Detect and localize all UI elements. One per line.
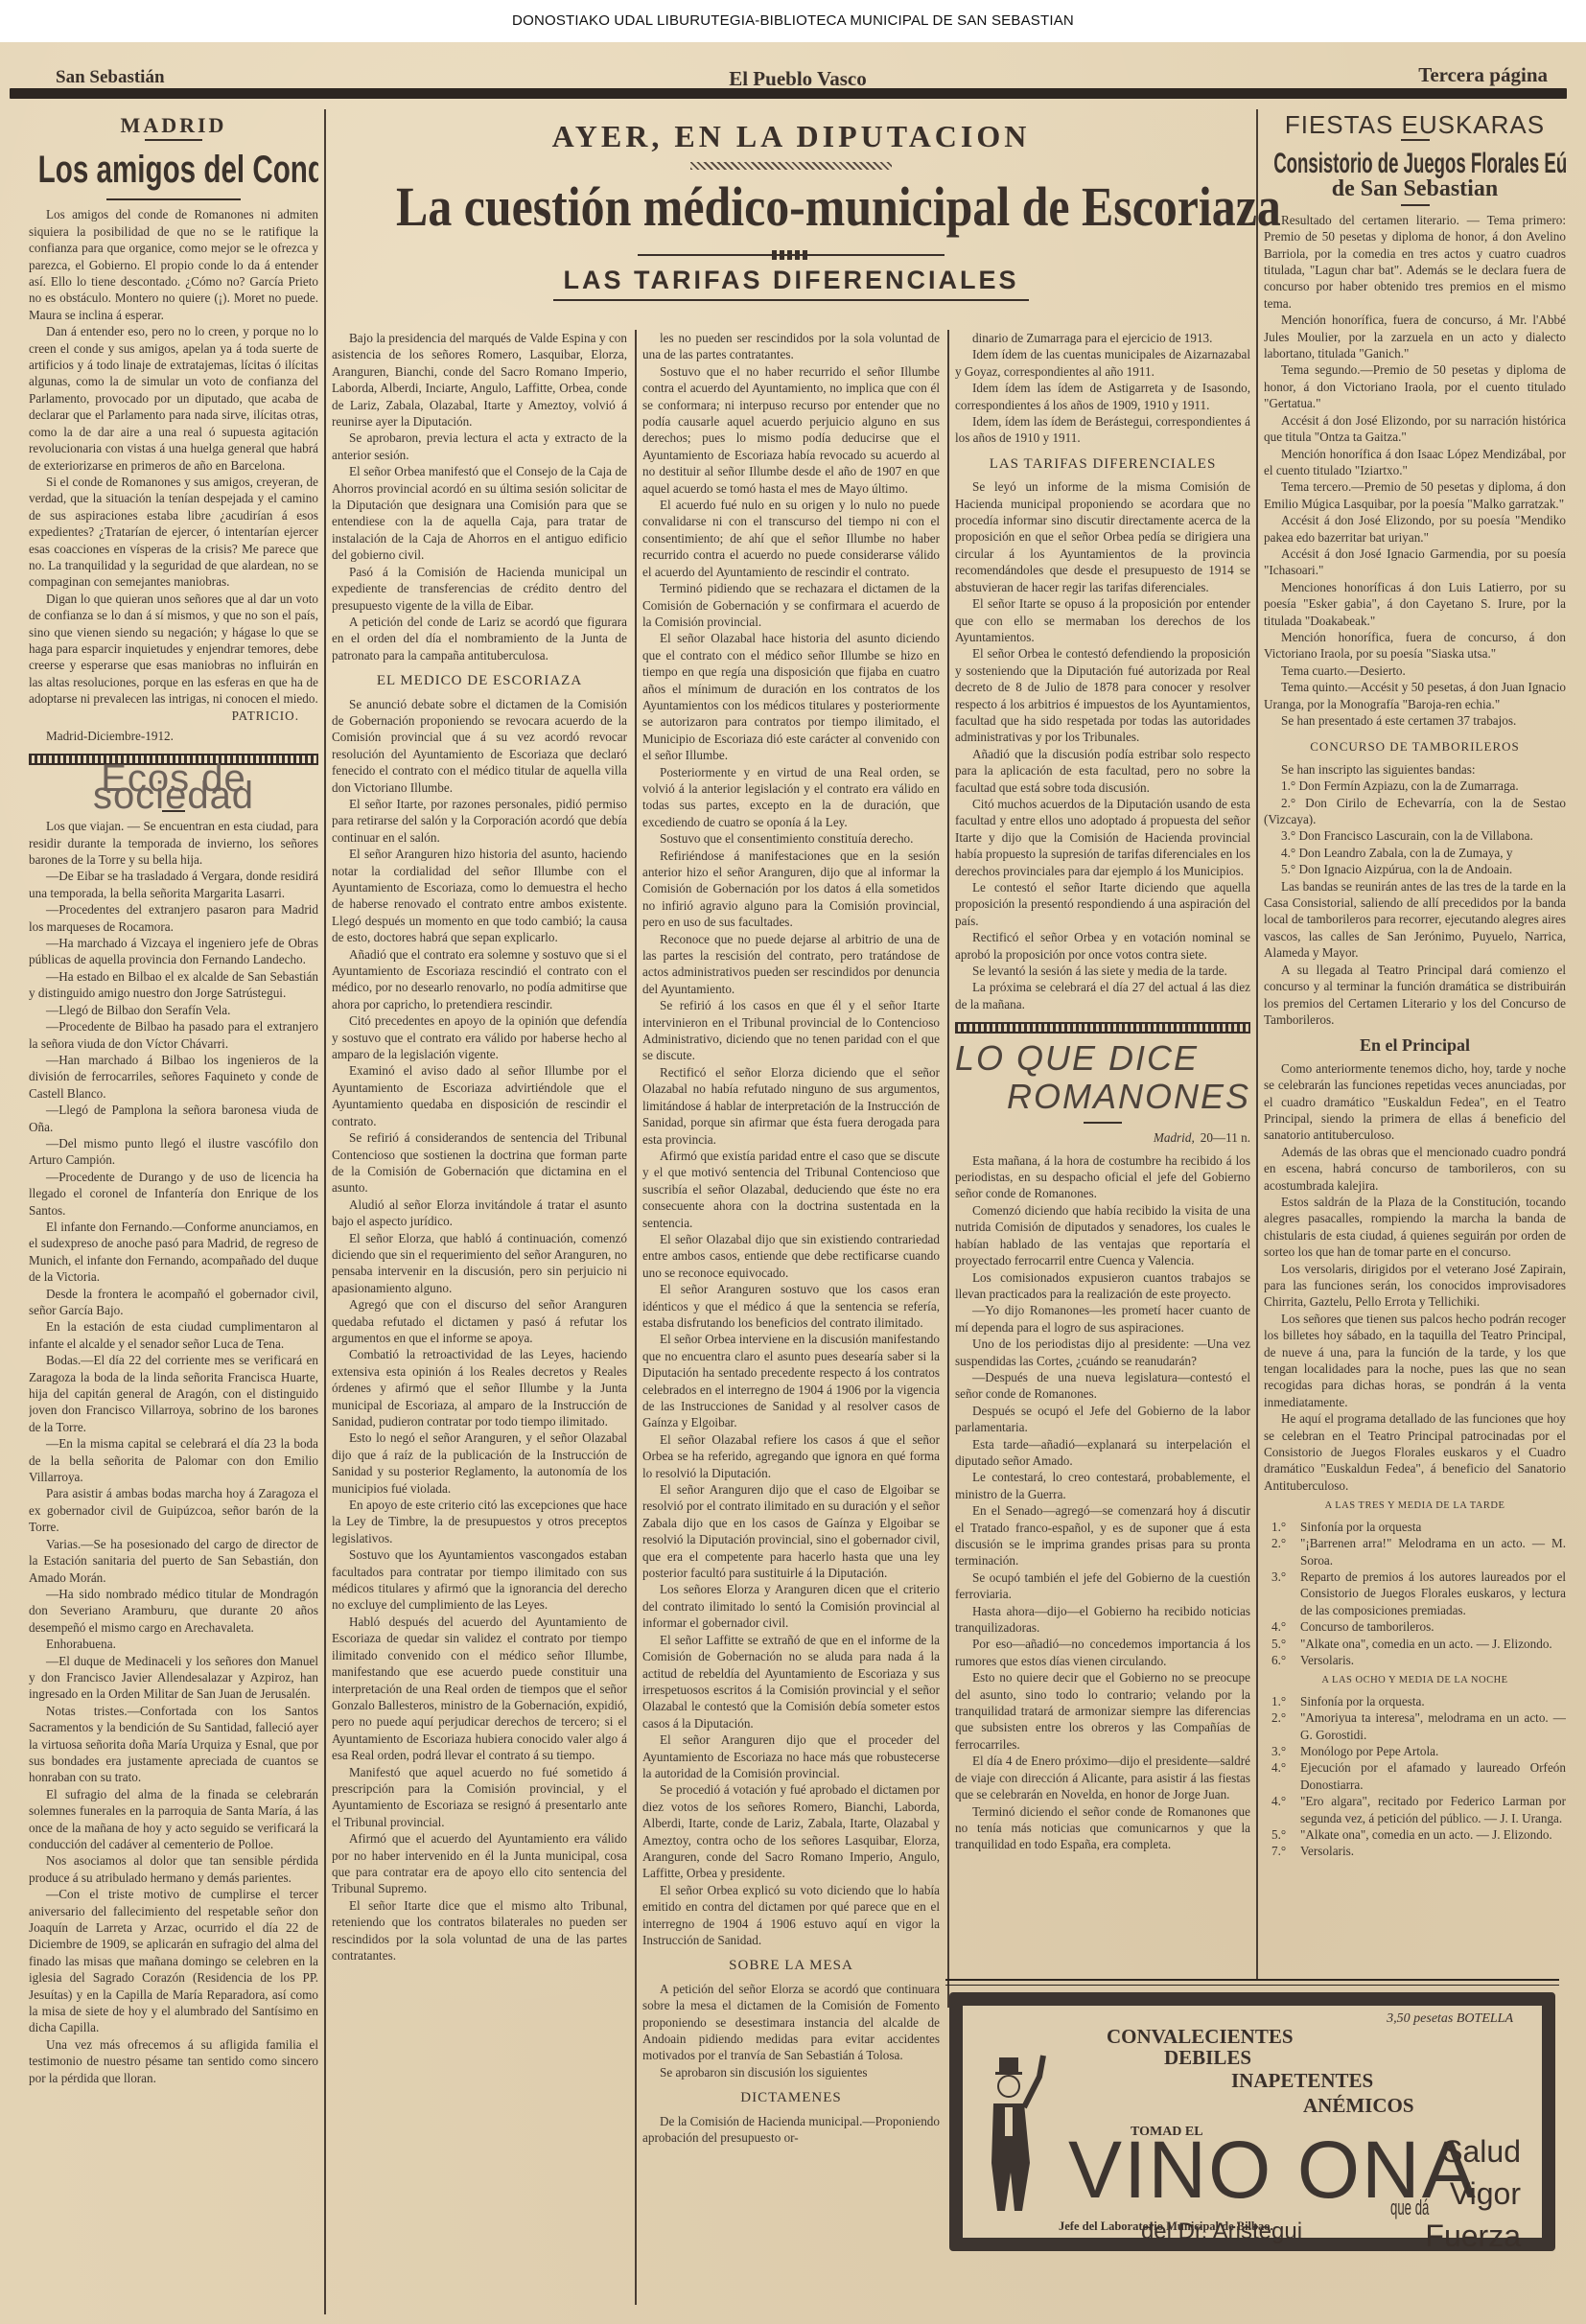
headline-line-1: LO QUE DICE (955, 1038, 1199, 1078)
paragraph: Los comisionados expusieron cuantos trab… (955, 1269, 1250, 1303)
paragraph: Los versolaris, dirigidos por el veteran… (1264, 1261, 1566, 1311)
program-item-text: "¡Barrenen arra!" Melodrama en un acto. … (1300, 1535, 1566, 1569)
paragraph: Estos saldrán de la Plaza de la Constitu… (1264, 1194, 1566, 1261)
article-body: Resultado del certamen literario. — Tema… (1264, 212, 1566, 730)
program-item: 5.°"Alkate ona", comedia en un acto. — J… (1271, 1636, 1566, 1652)
paragraph: Examinó el aviso dado al señor Illumbe p… (332, 1062, 627, 1129)
paragraph: Habló después del acuerdo del Ayuntamien… (332, 1614, 627, 1764)
article-headline: Consistorio de Juegos Florales Eúskaros (1273, 147, 1556, 181)
paragraph: Enhorabuena. (29, 1636, 318, 1652)
subsection-heading: EL MEDICO DE ESCORIAZA (332, 673, 627, 689)
paragraph: Se levantó la sesión á las siete y media… (955, 963, 1250, 979)
section-en-el-principal: En el Principal Como anteriormente tenem… (1264, 1037, 1566, 1860)
program-item: 4.°Concurso de tamborileros. (1271, 1618, 1566, 1635)
paragraph: Rectificó el señor Orbea y en votación n… (955, 929, 1250, 963)
paragraph: A su llegada al Teatro Principal dará co… (1264, 962, 1566, 1029)
program-item-number: 4.° (1271, 1759, 1300, 1793)
divider (145, 139, 202, 141)
paragraph: —El duque de Medinaceli y los señores do… (29, 1653, 318, 1703)
gentleman-illustration-icon (976, 2048, 1053, 2230)
program-item-number: 2.° (1271, 1709, 1300, 1743)
program-item-number: 2.° (1271, 1535, 1300, 1569)
paragraph: El señor Itarte se opuso á la proposició… (955, 595, 1250, 645)
paragraph: Tema segundo.—Premio de 50 pesetas y dip… (1264, 361, 1566, 411)
article-subheadline: de San Sebastian (1264, 181, 1566, 198)
paragraph: A petición del conde de Lariz se acordó … (332, 614, 627, 663)
program-item-text: Monólogo por Pepe Artola. (1300, 1743, 1438, 1759)
article-madrid: MADRID Los amigos del Conde Los amigos d… (29, 117, 318, 744)
program-item: 3.°Reparto de premios á los autores laur… (1271, 1569, 1566, 1618)
paragraph: Se refirió á los casos en que él y el se… (642, 997, 940, 1064)
ornamental-divider (690, 162, 892, 170)
paragraph: En la estación de esta ciudad cumpliment… (29, 1318, 318, 1352)
paragraph: —Ha estado en Bilbao el ex alcalde de Sa… (29, 968, 318, 1002)
program-item: 1.°Sinfonía por la orquesta. (1271, 1693, 1566, 1709)
section-title: En el Principal (1264, 1037, 1566, 1054)
paragraph: Se aprobaron sin discusión los siguiente… (642, 2064, 940, 2080)
paragraph: El día 4 de Enero próximo—dijo el presid… (955, 1753, 1250, 1802)
ad-price: 3,50 pesetas BOTELLA (1387, 2011, 1513, 2027)
paragraph: —Han marchado á Bilbao los ingenieros de… (29, 1052, 318, 1102)
paragraph: Se refirió á considerandos de sentencia … (332, 1129, 627, 1197)
paragraph: Resultado del certamen literario. — Tema… (1264, 212, 1566, 312)
program-item-number: 3.° (1271, 1743, 1300, 1759)
program-item: 5.°"Alkate ona", comedia en un acto. — J… (1271, 1826, 1566, 1843)
paragraph: Pasó á la Comisión de Hacienda municipal… (332, 564, 627, 614)
ad-benefit: Salud (1425, 2130, 1521, 2173)
section-title: Ecos de sociedad (29, 771, 318, 804)
paragraph: —Procedente de Durango y de uso de licen… (29, 1169, 318, 1219)
paragraph: Los señores que tienen sus palcos hecho … (1264, 1311, 1566, 1410)
ad-benefit: Vigor (1425, 2173, 1521, 2215)
paragraph: Sostuvo que el no haber recurrido el señ… (642, 363, 940, 497)
section-body: Como anteriormente tenemos dicho, hoy, t… (1264, 1060, 1566, 1495)
ad-benefits: Salud Vigor Fuerza (1425, 2130, 1521, 2257)
column-madrid-ecos: MADRID Los amigos del Conde Los amigos d… (29, 109, 318, 2314)
paragraph: Varias.—Se ha posesionado del cargo de d… (29, 1536, 318, 1586)
article-dateline: Madrid-Diciembre-1912. (29, 728, 318, 744)
section-ecos-de-sociedad: Ecos de sociedad Los que viajan. — Se en… (29, 771, 318, 2086)
article-body: dinario de Zumarraga para el ejercicio d… (955, 330, 1250, 447)
archive-banner: DONOSTIAKO UDAL LIBURUTEGIA-BIBLIOTECA M… (0, 0, 1586, 42)
program-item-text: Sinfonía por la orquesta. (1300, 1693, 1425, 1709)
article-fiestas-euskaras: FIESTAS EUSKARAS Consistorio de Juegos F… (1264, 117, 1566, 1028)
paragraph: Tema tercero.—Premio de 50 pesetas y dip… (1264, 478, 1566, 512)
program-heading-noche: A LAS OCHO Y MEDIA DE LA NOCHE (1264, 1672, 1566, 1688)
paragraph: En apoyo de este criterio citó las excep… (332, 1497, 627, 1546)
subsection-heading: CONCURSO DE TAMBORILEROS (1264, 738, 1566, 755)
paragraph: Uno de los periodistas dijo al president… (955, 1336, 1250, 1369)
divider (1401, 139, 1430, 141)
paragraph: Idem ídem de las cuentas municipales de … (955, 346, 1250, 380)
paragraph: Se procedió á votación y fué aprobado el… (642, 1781, 940, 1881)
program-item-text: "Alkate ona", comedia en un acto. — J. E… (1300, 1826, 1552, 1843)
paragraph: Esta tarde—añadió—explanará su interpela… (955, 1436, 1250, 1470)
program-item-number: 5.° (1271, 1826, 1300, 1843)
dateline-time: 20—11 n. (1201, 1130, 1250, 1145)
paragraph: Reconoce que no puede dejarse al arbitri… (642, 931, 940, 998)
paragraph: El señor Aranguren sostuvo que los casos… (642, 1281, 940, 1331)
paragraph: —Después de una nueva legislatura—contes… (955, 1369, 1250, 1403)
program-item-text: Concurso de tamborileros. (1300, 1618, 1434, 1635)
program-item: 1.°Sinfonía por la orquesta (1271, 1519, 1566, 1535)
article-signature: PATRICIO. (29, 708, 318, 724)
paragraph: Tema cuarto.—Desierto. (1264, 662, 1566, 679)
paragraph: El acuerdo fué nulo en su origen y lo nu… (642, 497, 940, 580)
paragraph: De la Comisión de Hacienda municipal.—Pr… (642, 2113, 940, 2147)
paragraph: Por eso—añadió—no concedemos importancia… (955, 1636, 1250, 1669)
masthead-rule (10, 88, 1567, 99)
subsection-heading: LAS TARIFAS DIFERENCIALES (955, 456, 1250, 473)
article-body: A petición del señor Elorza se acordó qu… (642, 1981, 940, 2080)
program-item: 3.°Monólogo por Pepe Artola. (1271, 1743, 1566, 1759)
paragraph: Le contestó el señor Itarte diciendo que… (955, 879, 1250, 929)
paragraph: Mención honorífica, fuera de concurso, á… (1264, 629, 1566, 662)
paragraph: El señor Aranguren dijo que el caso de E… (642, 1481, 940, 1581)
paragraph: El señor Orbea explicó su voto diciendo … (642, 1882, 940, 1949)
paragraph: El señor Elorza, que habló á continuació… (332, 1230, 627, 1297)
paragraph: Los que viajan. — Se encuentran en esta … (29, 818, 318, 868)
program-item: 2.°"Amoriyua ta interesa", melodrama en … (1271, 1709, 1566, 1743)
paragraph: Sostuvo que los Ayuntamientos vascongado… (332, 1546, 627, 1614)
program-item-text: "Ero algara", recitado por Federico Larm… (1300, 1793, 1566, 1826)
paragraph: Citó muchos acuerdos de la Diputación us… (955, 796, 1250, 879)
headline-overline: AYER, EN LA DIPUTACION (332, 119, 1250, 154)
paragraph: Comenzó diciendo que había recibido la v… (955, 1202, 1250, 1269)
paragraph: Tema quinto.—Accésit y 50 pesetas, á don… (1264, 679, 1566, 712)
program-item-number: 7.° (1271, 1843, 1300, 1859)
paragraph: Terminó pidiendo que se rechazara el dic… (642, 580, 940, 630)
paragraph: Se aprobaron, previa lectura el acta y e… (332, 430, 627, 463)
paragraph: El señor Laffitte se extrañó de que en e… (642, 1632, 940, 1731)
paragraph: El infante don Fernando.—Conforme anunci… (29, 1219, 318, 1286)
paragraph: Rectificó el señor Elorza diciendo que e… (642, 1064, 940, 1148)
paragraph: —Procedentes del extranjero pasaron para… (29, 901, 318, 935)
paragraph: 1.° Don Fermín Azpiazu, con la de Zumarr… (1264, 778, 1566, 794)
list-intro: Se han inscripto las siguientes bandas: (1264, 761, 1566, 778)
paragraph: Nos asociamos al dolor que tan sensible … (29, 1852, 318, 1886)
subsection-heading: DICTAMENES (642, 2090, 940, 2106)
paragraph: Idem ídem las ídem de Astigarreta y de I… (955, 380, 1250, 413)
divider (106, 198, 241, 200)
ad-target-line: ANÉMICOS (1303, 2094, 1414, 2118)
ad-target-line: INAPETENTES (1231, 2069, 1373, 2093)
column-divider (635, 330, 637, 2305)
paragraph: Accésit á don José Ignacio Garmendia, po… (1264, 546, 1566, 579)
paragraph: Bodas.—El día 22 del corriente mes se ve… (29, 1352, 318, 1435)
paragraph: Se han presentado á este certamen 37 tra… (1264, 712, 1566, 729)
paragraph: Afirmó que existía paridad entre el caso… (642, 1148, 940, 1231)
ad-benefit: Fuerza (1425, 2215, 1521, 2257)
paragraph: El señor Orbea le contestó defendiendo l… (955, 645, 1250, 745)
paragraph: El señor Olazabal hace historia del asun… (642, 630, 940, 763)
paragraph: Mención honorífica, fuera de concurso, á… (1264, 312, 1566, 361)
paragraph: —Llegó de Bilbao don Serafín Vela. (29, 1002, 318, 1018)
paragraph: Los señores Elorza y Aranguren dicen que… (642, 1581, 940, 1631)
program-item-number: 4.° (1271, 1793, 1300, 1826)
column-diputacion-1: Bajo la presidencia del marqués de Valde… (332, 330, 627, 2314)
ad-que-da: que dá (1390, 2196, 1429, 2220)
program-item-number: 6.° (1271, 1652, 1300, 1668)
program-list-tarde: 1.°Sinfonía por la orquesta2.°"¡Barrenen… (1264, 1519, 1566, 1669)
paragraph: A petición del señor Elorza se acordó qu… (642, 1981, 940, 2064)
divider (1401, 204, 1430, 206)
divider (1084, 1122, 1122, 1124)
paragraph: Agregó que con el discurso del señor Ara… (332, 1296, 627, 1346)
column-fiestas-euskaras: FIESTAS EUSKARAS Consistorio de Juegos F… (1264, 109, 1566, 1979)
paragraph: Las bandas se reunirán antes de las tres… (1264, 878, 1566, 962)
paragraph: Combatió la retroactividad de las Leyes,… (332, 1346, 627, 1429)
paragraph: —Del mismo punto llegó el ilustre vascóf… (29, 1135, 318, 1169)
dateline-place: Madrid, (1154, 1130, 1195, 1145)
paragraph: Una vez más ofrecemos á su afligida fami… (29, 2036, 318, 2086)
article-dateline: Madrid,20—11 n. (955, 1129, 1250, 1146)
paragraph: Accésit á don José Elizondo, por su poes… (1264, 512, 1566, 546)
article-body: De la Comisión de Hacienda municipal.—Pr… (642, 2113, 940, 2147)
paragraph: —Ha marchado á Vizcaya el ingeniero jefe… (29, 935, 318, 968)
program-item-text: "Alkate ona", comedia en un acto. — J. E… (1300, 1636, 1552, 1652)
article-body: Bajo la presidencia del marqués de Valde… (332, 330, 627, 663)
paragraph: Hasta ahora—dijo—el Gobierno ha recibido… (955, 1603, 1250, 1637)
paragraph: Terminó diciendo el señor conde de Roman… (955, 1803, 1250, 1853)
masthead: San Sebastián El Pueblo Vasco Tercera pá… (48, 52, 1548, 86)
paragraph: El sufragio del alma de la finada se cel… (29, 1786, 318, 1853)
paragraph: —Con el triste motivo de cumplirse el te… (29, 1886, 318, 2036)
article-body: Esta mañana, á la hora de costumbre ha r… (955, 1152, 1250, 1853)
paragraph: Le contestará, lo creo contestará, proba… (955, 1469, 1250, 1502)
paragraph: Después se ocupó el Jefe del Gobierno de… (955, 1403, 1250, 1436)
section-body: Los que viajan. — Se encuentran en esta … (29, 818, 318, 2086)
article-kicker: FIESTAS EUSKARAS (1264, 117, 1566, 133)
paragraph: Para asistir á ambas bodas marcha hoy á … (29, 1485, 318, 1535)
ad-target-line: DEBILES (1164, 2046, 1251, 2070)
paragraph: —De Eibar se ha trasladado á Vergara, do… (29, 868, 318, 901)
paragraph: Como anteriormente tenemos dicho, hoy, t… (1264, 1060, 1566, 1144)
article-body: les no pueden ser rescindidos por la sol… (642, 330, 940, 1948)
paragraph: Mención honorífica á don Isaac López Men… (1264, 446, 1566, 479)
paragraph: El señor Olazabal refiere los casos á qu… (642, 1431, 940, 1481)
paragraph: Refiriéndose á manifestaciones que en la… (642, 848, 940, 931)
program-item-number: 4.° (1271, 1618, 1300, 1635)
subsection-heading: SOBRE LA MESA (642, 1958, 940, 1974)
article-headline: LO QUE DICE ROMANONES (955, 1039, 1250, 1116)
ad-maker-title: Jefe del Laboratorio Municipal de Bilbao… (1059, 2219, 1273, 2234)
paragraph: Se leyó un informe de la misma Comisión … (955, 478, 1250, 595)
paragraph: Aludió al señor Elorza invitándole á tra… (332, 1197, 627, 1230)
column-diputacion-3-romanones: dinario de Zumarraga para el ejercicio d… (955, 330, 1250, 2008)
paragraph: Esto lo negó el señor Aranguren, y el se… (332, 1429, 627, 1497)
paragraph: Esta mañana, á la hora de costumbre ha r… (955, 1152, 1250, 1202)
program-item-text: Ejecución por el afamado y laureado Orfe… (1300, 1759, 1566, 1793)
article-body: Se anunció debate sobre el dictamen de l… (332, 696, 627, 1964)
paragraph: —Yo dijo Romanones—les prometí hacer cua… (955, 1302, 1250, 1336)
program-item-text: Sinfonía por la orquesta (1300, 1519, 1421, 1535)
paragraph: —Ha sido nombrado médico titular de Mond… (29, 1586, 318, 1636)
program-item-number: 1.° (1271, 1519, 1300, 1535)
ornamental-divider (638, 254, 945, 256)
advertisement-vino-ona: 3,50 pesetas BOTELLA CONVALECIENTES DEBI… (949, 1992, 1555, 2251)
column-divider (1256, 109, 1258, 1979)
paragraph: Afirmó que el acuerdo del Ayuntamiento e… (332, 1830, 627, 1897)
diputacion-headline-block: AYER, EN LA DIPUTACION La cuestión médic… (332, 109, 1250, 330)
column-diputacion-2: les no pueden ser rescindidos por la sol… (642, 330, 940, 2314)
program-item-number: 3.° (1271, 1569, 1300, 1618)
program-item: 4.°"Ero algara", recitado por Federico L… (1271, 1793, 1566, 1826)
paragraph: —Procedente de Bilbao ha pasado para el … (29, 1018, 318, 1052)
paragraph: Citó precedentes en apoyo de la opinión … (332, 1012, 627, 1062)
paragraph: —En la misma capital se celebrará el día… (29, 1435, 318, 1485)
article-headline: Los amigos del Conde (38, 147, 310, 193)
program-item: 6.°Versolaris. (1271, 1652, 1566, 1668)
paragraph: Esto no quiere decir que el Gobierno no … (955, 1669, 1250, 1753)
paragraph: dinario de Zumarraga para el ejercicio d… (955, 330, 1250, 346)
program-item-text: Versolaris. (1300, 1652, 1354, 1668)
paragraph: Añadió que el contrato era solemne y sos… (332, 946, 627, 1013)
program-item: 4.°Ejecución por el afamado y laureado O… (1271, 1759, 1566, 1793)
paragraph: Posteriormente y en virtud de una Real o… (642, 764, 940, 831)
paragraph: Se anunció debate sobre el dictamen de l… (332, 696, 627, 796)
program-item: 2.°"¡Barrenen arra!" Melodrama en un act… (1271, 1535, 1566, 1569)
program-heading-tarde: A LAS TRES Y MEDIA DE LA TARDE (1264, 1498, 1566, 1514)
paragraph: Notas tristes.—Confortada con los Santos… (29, 1703, 318, 1786)
program-list-noche: 1.°Sinfonía por la orquesta.2.°"Amoriyua… (1264, 1693, 1566, 1860)
ad-top-rule (945, 1979, 1559, 1986)
newspaper-page: San Sebastián El Pueblo Vasco Tercera pá… (0, 42, 1586, 2324)
paragraph: 3.° Don Francisco Lascurain, con la de V… (1264, 827, 1566, 844)
article-romanones: LO QUE DICE ROMANONES Madrid,20—11 n. Es… (955, 1039, 1250, 1852)
paragraph: El señor Orbea interviene en la discusió… (642, 1331, 940, 1430)
program-item: 7.°Versolaris. (1271, 1843, 1566, 1859)
program-item-text: "Amoriyua ta interesa", melodrama en un … (1300, 1709, 1566, 1743)
article-body: Los amigos del conde de Romanones ni adm… (29, 206, 318, 707)
program-item-number: 5.° (1271, 1636, 1300, 1652)
paragraph: El señor Itarte, por razones personales,… (332, 796, 627, 846)
paragraph: Desde la frontera le acompañó el goberna… (29, 1286, 318, 1319)
paragraph: 2.° Don Cirilo de Echevarría, con la de … (1264, 795, 1566, 828)
masthead-page-label: Tercera página (1418, 63, 1548, 87)
paragraph: Además de las obras que el mencionado cu… (1264, 1144, 1566, 1194)
article-body: Se leyó un informe de la misma Comisión … (955, 478, 1250, 1012)
headline-main: La cuestión médico-municipal de Escoriaz… (396, 177, 1186, 237)
article-body: Las bandas se reunirán antes de las tres… (1264, 878, 1566, 1029)
paragraph: Se ocupó también el jefe del Gobierno de… (955, 1569, 1250, 1603)
paragraph: Bajo la presidencia del marqués de Valde… (332, 330, 627, 430)
paragraph: Idem, ídem las ídem de Berástegui, corre… (955, 413, 1250, 447)
paragraph: He aquí el programa detallado de las fun… (1264, 1410, 1566, 1494)
paragraph: El señor Itarte dice que el mismo alto T… (332, 1897, 627, 1964)
paragraph: Sostuvo que el consentimiento constituía… (642, 830, 940, 847)
headline-line-2: ROMANONES (955, 1078, 1250, 1116)
headline-subhead: LAS TARIFAS DIFERENCIALES (553, 266, 1028, 301)
paragraph: Si el conde de Romanones y sus amigos, c… (29, 474, 318, 591)
paragraph: El señor Aranguren dijo que el proceder … (642, 1731, 940, 1781)
paragraph: Los amigos del conde de Romanones ni adm… (29, 206, 318, 323)
paragraph: El señor Olazabal dijo que sin existiend… (642, 1231, 940, 1281)
paragraph: 5.° Don Ignacio Aizpúrua, con la de Ando… (1264, 861, 1566, 877)
paragraph: Manifestó que aquel acuerdo no fué somet… (332, 1764, 627, 1831)
paragraph: 4.° Don Leandro Zabala, con la de Zumaya… (1264, 845, 1566, 861)
program-item-text: Versolaris. (1300, 1843, 1354, 1859)
paragraph: Dan á entender eso, pero no lo creen, y … (29, 323, 318, 474)
paragraph: Añadió que la discusión podía estribar s… (955, 746, 1250, 796)
column-divider (324, 109, 326, 2314)
bandas-list: 1.° Don Fermín Azpiazu, con la de Zumarr… (1264, 778, 1566, 877)
paragraph: —Llegó de Pamplona la señora baronesa vi… (29, 1102, 318, 1135)
paragraph: Digan lo que quieran unos señores que al… (29, 591, 318, 708)
paragraph: El señor Aranguren hizo historia del asu… (332, 846, 627, 945)
program-item-text: Reparto de premios á los autores lauread… (1300, 1569, 1566, 1618)
paragraph: Accésit á don José Elizondo, por su narr… (1264, 412, 1566, 446)
paragraph: El señor Orbea manifestó que el Consejo … (332, 463, 627, 563)
paragraph: Menciones honoríficas á don Luis Latierr… (1264, 579, 1566, 629)
paragraph: les no pueden ser rescindidos por la sol… (642, 330, 940, 363)
ornamental-divider (955, 1022, 1250, 1034)
column-divider (947, 330, 949, 2008)
program-item-number: 1.° (1271, 1693, 1300, 1709)
article-kicker: MADRID (29, 117, 318, 133)
paragraph: La próxima se celebrará el día 27 del ac… (955, 979, 1250, 1012)
paragraph: En el Senado—agregó—se comenzará hoy á d… (955, 1502, 1250, 1569)
